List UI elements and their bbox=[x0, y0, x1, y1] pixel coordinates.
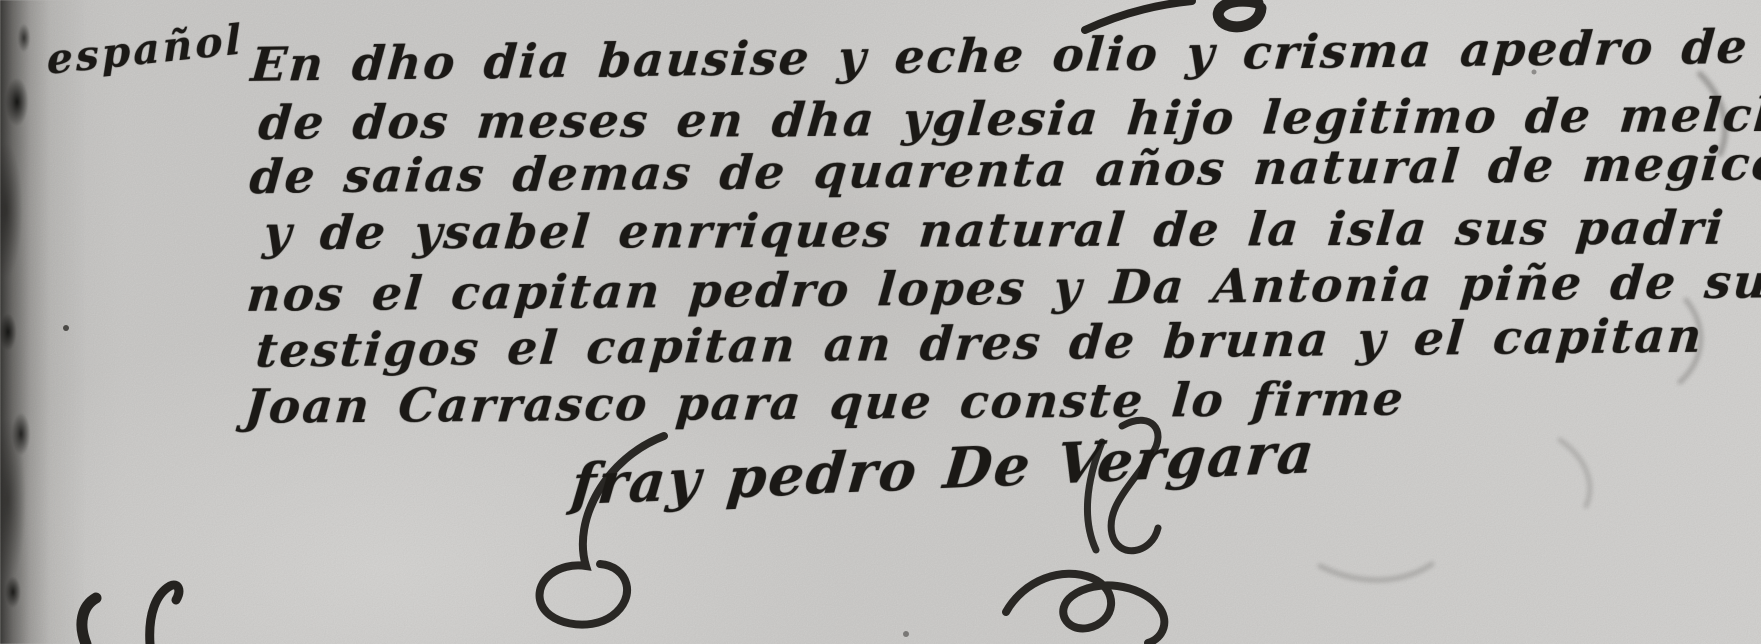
stray-ink-dot-right bbox=[1532, 70, 1537, 75]
bleed-through-mark-1 bbox=[1700, 74, 1725, 154]
signature-rubric-upper bbox=[1111, 420, 1158, 551]
bleed-through-mark-3 bbox=[1320, 564, 1432, 580]
bottom-cutoff-stroke-2 bbox=[150, 585, 179, 644]
top-cutoff-crescent bbox=[1218, 1, 1261, 27]
manuscript-page-scan: español En dho dia bausise y eche olio y… bbox=[0, 0, 1761, 644]
signature-rubric-stem bbox=[1087, 442, 1102, 550]
stray-ink-dot-margin bbox=[63, 325, 69, 331]
signature-initial-flourish bbox=[540, 436, 664, 625]
signature-rubric-lower bbox=[1006, 574, 1164, 643]
bottom-cutoff-stroke-1 bbox=[82, 598, 96, 644]
top-cutoff-stroke bbox=[1085, 1, 1192, 30]
ink-flourishes-layer bbox=[0, 0, 1761, 644]
bleed-through-mark-2 bbox=[1680, 300, 1701, 382]
stray-ink-dot-bottom bbox=[903, 631, 909, 637]
bleed-through-mark-4 bbox=[1560, 440, 1590, 506]
